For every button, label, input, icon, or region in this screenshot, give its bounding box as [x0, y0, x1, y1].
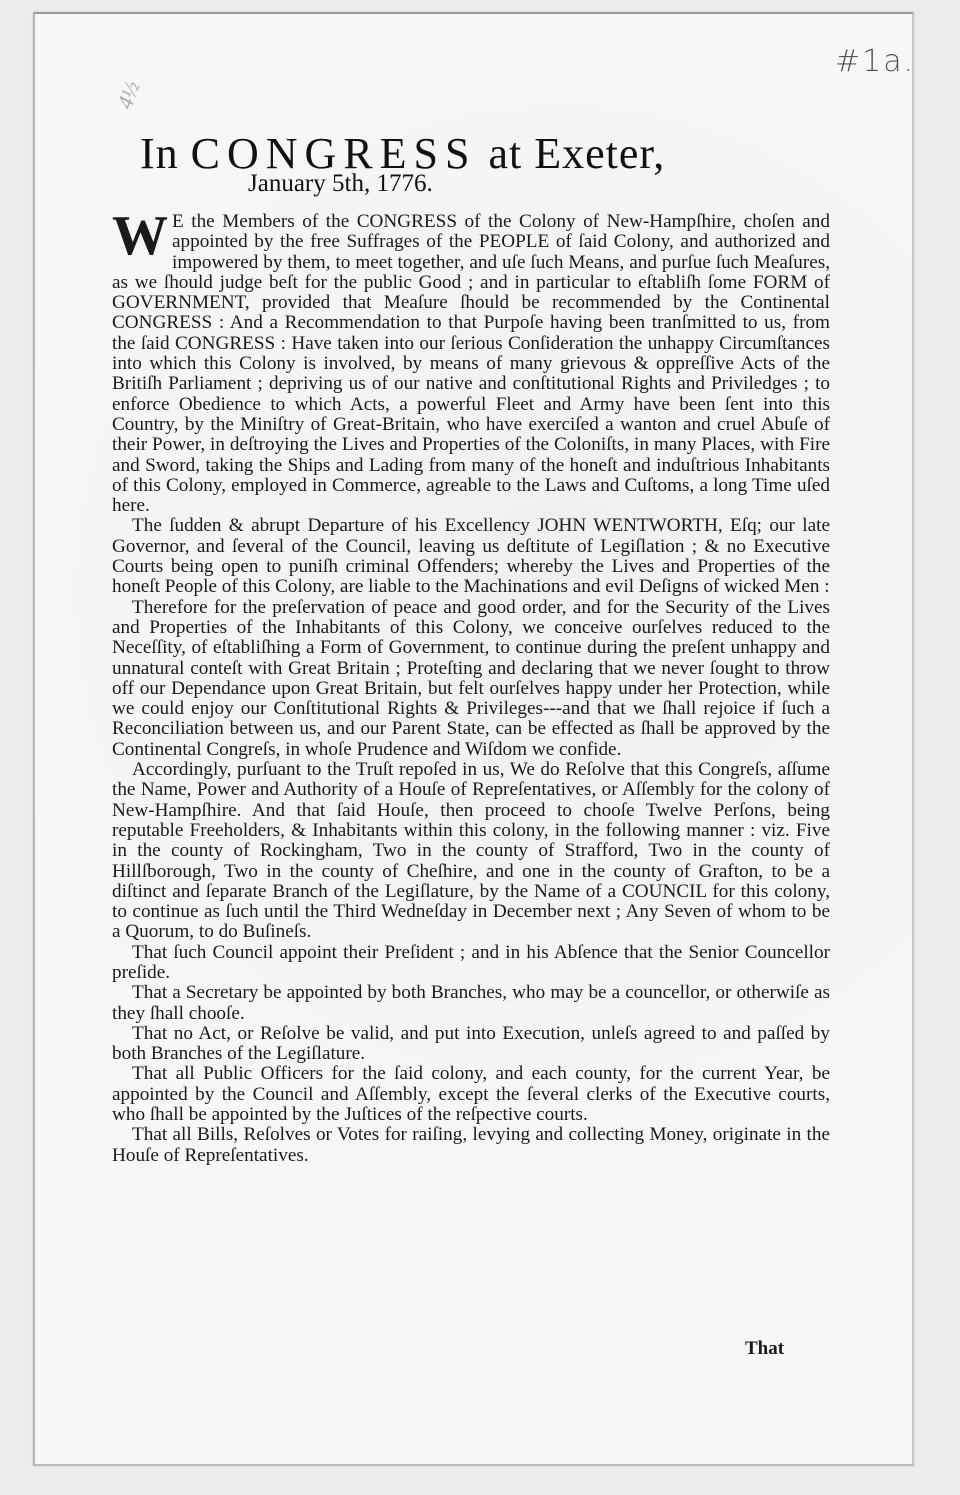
drop-cap: W — [112, 214, 168, 258]
paragraph-text: E the Members of the CONGRESS of the Col… — [112, 211, 830, 516]
pencil-margin-note: 4½ — [112, 78, 146, 113]
document-date: January 5th, 1776. — [248, 170, 433, 198]
paragraph-council-president: That ſuch Council appoint their Preſiden… — [112, 943, 830, 984]
paragraph-resolution: Accordingly, purſuant to the Truſt repoſ… — [112, 760, 830, 943]
paragraph-public-officers: That all Public Officers for the ſaid co… — [112, 1064, 830, 1125]
document-body: WE the Members of the CONGRESS of the Co… — [112, 212, 830, 1166]
catchword: That — [745, 1338, 784, 1360]
paragraph-money-bills: That all Bills, Reſolves or Votes for ra… — [112, 1125, 830, 1166]
paragraph-departure: The ſudden & abrupt Departure of his Exc… — [112, 516, 830, 597]
paragraph-acts-validity: That no Act, or Reſolve be valid, and pu… — [112, 1024, 830, 1065]
title-suffix: at Exeter, — [489, 129, 666, 178]
paragraph-secretary: That a Secretary be appointed by both Br… — [112, 983, 830, 1024]
paragraph-preamble: WE the Members of the CONGRESS of the Co… — [112, 212, 830, 516]
handwritten-catalog-number: #1a. — [835, 44, 915, 79]
title-prefix: In — [140, 129, 179, 178]
paragraph-therefore: Therefore for the preſervation of peace … — [112, 598, 830, 760]
